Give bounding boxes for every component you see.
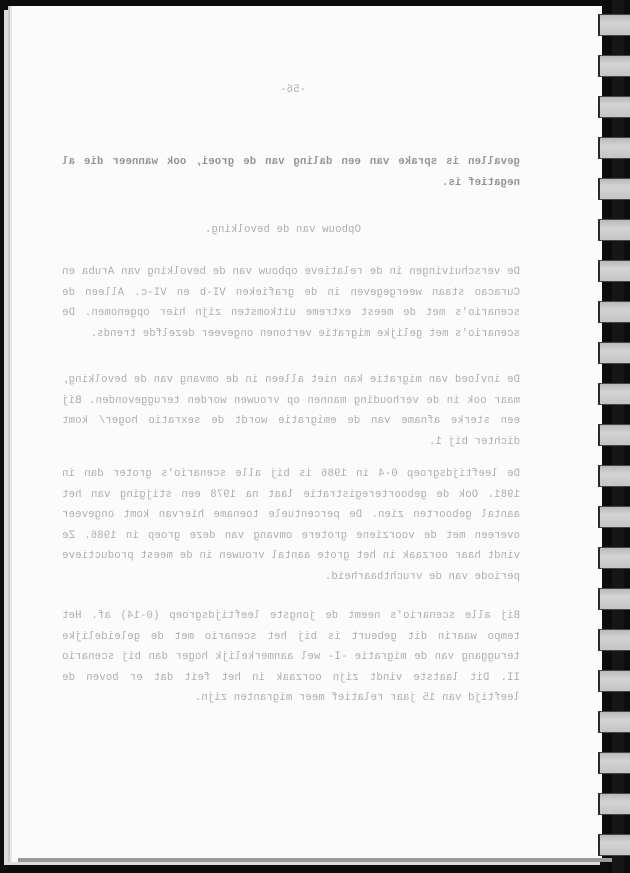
section-heading-text: Opbouw van de bevolking.	[205, 224, 361, 236]
spiral-loop	[598, 55, 630, 77]
spiral-loop	[598, 178, 630, 200]
spiral-loop	[598, 588, 630, 610]
paragraph: De leeftijdsgroep 0-4 in 1986 is bij all…	[62, 464, 520, 587]
spiral-loop	[598, 506, 630, 528]
paragraph-text: De invloed van migratie kan niet alleen …	[62, 370, 520, 452]
page-number-text: -56-	[280, 84, 306, 96]
spiral-loop	[598, 342, 630, 364]
continued-paragraph: gevallen is sprake van een daling van de…	[62, 152, 520, 193]
paragraph: De invloed van migratie kan niet alleen …	[62, 370, 520, 452]
paragraph-text: De leeftijdsgroep 0-4 in 1986 is bij all…	[62, 464, 520, 587]
paragraph: Bij alle scenario's neemt de jongste lee…	[62, 606, 520, 709]
spiral-loop	[598, 137, 630, 159]
paragraph: De verschuivingen in de relatieve opbouw…	[62, 262, 520, 344]
spiral-loop	[598, 260, 630, 282]
spiral-loop	[598, 301, 630, 323]
page-bottom-edge	[18, 858, 618, 862]
spiral-loop	[598, 383, 630, 405]
paragraph-text: De verschuivingen in de relatieve opbouw…	[62, 262, 520, 344]
spiral-loop	[598, 547, 630, 569]
paragraph-text: Bij alle scenario's neemt de jongste lee…	[62, 606, 520, 709]
continued-text: gevallen is sprake van een daling van de…	[62, 152, 520, 193]
spiral-loop	[598, 834, 630, 856]
spiral-loop	[598, 711, 630, 733]
mirrored-page-content: -56- gevallen is sprake van een daling v…	[12, 6, 602, 862]
spiral-loop	[598, 752, 630, 774]
scanned-page: -56- gevallen is sprake van een daling v…	[12, 6, 602, 862]
spiral-loop	[598, 465, 630, 487]
spiral-loop	[598, 629, 630, 651]
spiral-loop	[598, 96, 630, 118]
spiral-binding	[594, 0, 630, 873]
spiral-loop	[598, 424, 630, 446]
spiral-loop	[598, 14, 630, 36]
spiral-loop	[598, 670, 630, 692]
spiral-loop	[598, 219, 630, 241]
spiral-loop	[598, 793, 630, 815]
